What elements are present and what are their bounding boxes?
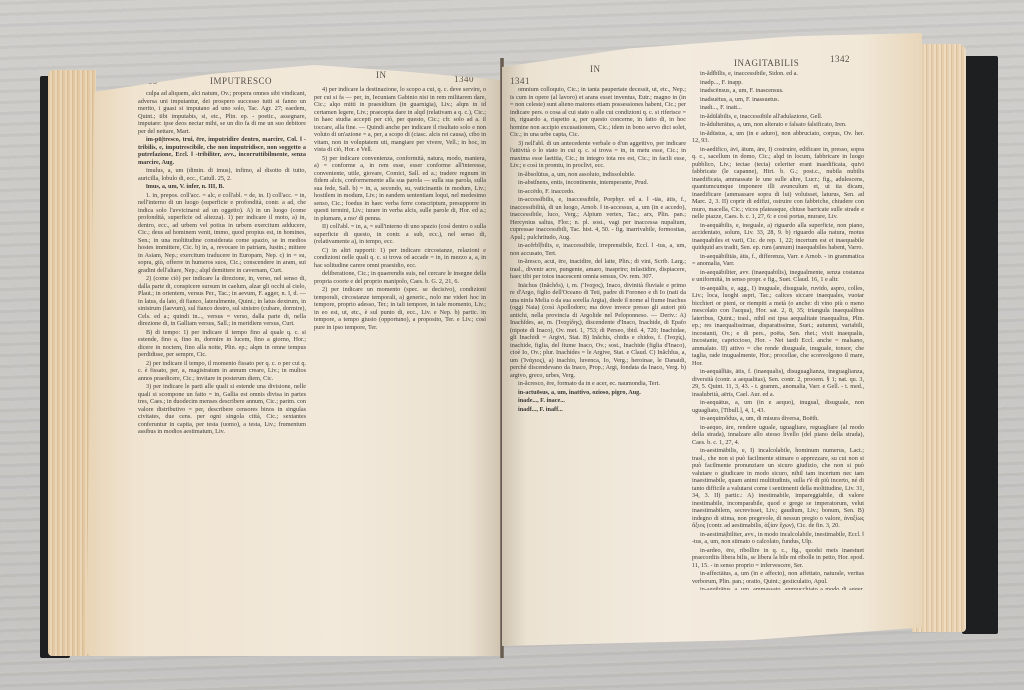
entry: in-aggĕrātus, a, um, ammassato, ammucchi… <box>692 586 864 590</box>
entry: 5) per indicare convenienza, conformità,… <box>314 155 486 223</box>
entry: 2) per indicare il tempo, il momento fis… <box>138 360 306 383</box>
entry: 3) nell'abl. di un antecedente verbale o… <box>510 140 686 170</box>
left-page-column-2: 4) per indicare la destinazione, lo scop… <box>314 86 486 606</box>
entry: in-accessĭbilis, e, inaccessibile, Porph… <box>510 196 686 241</box>
entry: 2) per indicare un momento (spec. se dec… <box>314 286 486 331</box>
headword-in-right: IN <box>590 64 601 74</box>
entry: 4) per indicare la destinazione, lo scop… <box>314 86 486 154</box>
entry: Ināchus (Inăchŏs), i, m. (Ἴναχος), Inaco… <box>510 282 686 380</box>
right-page-column-2: in-ădĭbĭlis, e, inaccessibile, Sidon. ed… <box>692 70 864 590</box>
page-number-1342: 1342 <box>830 54 850 64</box>
entry: II) coll'abl. = in, a, = sull'interno di… <box>314 223 486 246</box>
headword-imputresco: IMPUTRESCO <box>210 76 272 86</box>
entry: B) di tempo: 1) per indicare il tempo fi… <box>138 329 306 359</box>
headword-in-left: IN <box>376 70 387 80</box>
book-cover-right <box>962 56 998 634</box>
entry: inadsuētus, a, um, F. inassuetus. <box>692 96 864 104</box>
headword-inagitabilis: INAGITABILIS <box>734 58 799 68</box>
entry: in-ădūlābilis, e, inaccessibile all'adul… <box>692 113 864 121</box>
entry: 2) (come ciò) per indicare la direzione,… <box>138 275 306 328</box>
entry: deliberatione, Cic.; in quaerendis suis,… <box>314 270 486 285</box>
entry: in-ardeo, ēre, ribollire in q. c., fig.,… <box>692 547 864 570</box>
entry: in-ădĭbĭlis, e, inaccessibile, Sidon. ed… <box>692 70 864 78</box>
entry: in-aequālĭtās, ātis, f. (inaequalis), di… <box>692 368 864 398</box>
entry: inadp..., F. inapp. <box>692 79 864 87</box>
entry: in-aedifico, āvi, ātum, āre, I) costruir… <box>692 146 864 221</box>
left-page-column-1: culpa ad aliquem, alci natum, Ov.; prope… <box>138 90 306 610</box>
right-page-column-1: omnium colloquio, Cic.; in tanta paupert… <box>510 86 686 596</box>
entry: in-acĕrbĭ|bilis, e, inaccessibile, irrep… <box>510 242 686 257</box>
entry: in-aequālis, e, agg., I) inuguale, disug… <box>692 285 864 368</box>
entry: C) in altri rapporti: 1) per indicare ci… <box>314 247 486 270</box>
entry: in-aequābilis, e, ineguale, a) riguardo … <box>692 222 864 252</box>
entry: īmulus, a, um (dimin. di imus), infimo, … <box>138 167 306 182</box>
entry: in-aequātus, a, um (in e aequo), inugual… <box>692 399 864 414</box>
entry: culpa ad aliquem, alci natum, Ov.; prope… <box>138 90 306 135</box>
entry: 3) per indicare le parti alle quali si e… <box>138 383 306 436</box>
entry: inade..., F. inace... <box>510 397 686 405</box>
entry: in-ăcresco, ēre, formato da in e acer, e… <box>510 380 686 388</box>
entry: in-affectātus, a, um (in e affecto), non… <box>692 570 864 585</box>
entry: in-ădulterātus, a, um, non alterato e fa… <box>692 121 864 129</box>
entry: in-ădūstus, a, um (in e aduro), non abbr… <box>692 130 864 145</box>
entry: īmus, a, um, V. infer, n. III, B. <box>138 183 306 191</box>
entry: in-accēdo, F. inaccedo. <box>510 188 686 196</box>
page-number-1341: 1341 <box>510 76 530 86</box>
entry: in-aequābiliter, avv. (inaequabilis), in… <box>692 269 864 284</box>
entry: im-pū|tresco, trui, ēre, imputridire den… <box>138 136 306 166</box>
entry: inadscēnsus, a, um, F. inascensus. <box>692 87 864 95</box>
entry: in-aestimābilis, e, I) incalcolabile, ho… <box>692 447 864 530</box>
entry: in-actuōsus, a, um, inattivo, ozioso, pi… <box>510 389 686 397</box>
entry: 1. in, prepos. coll'acc. = alc, e coll'a… <box>138 192 306 275</box>
entry: inadt..., F. inatt... <box>692 104 864 112</box>
entry: in-ăresco, acui, ēre, inacidire, del lat… <box>510 258 686 281</box>
entry: in-aequo, āre, rendere uguale, uguagliar… <box>692 424 864 447</box>
entry: inadf..., F. inaff... <box>510 406 686 414</box>
entry: omnium colloquio, Cic.; in tanta paupert… <box>510 86 686 139</box>
entry: in-abstĭnens, entis, incontinente, intem… <box>510 179 686 187</box>
right-page: 1341 IN INAGITABILIS 1342 omnium colloqu… <box>502 30 922 646</box>
entry: in-aestimā|biliter, avv., in modo incalc… <box>692 531 864 546</box>
entry: in-ăbsolūtus, a, um, non assoluto, indis… <box>510 171 686 179</box>
entry: in-aequimŏdus, a, um, di misura diversa,… <box>692 415 864 423</box>
entry: in-aequābilitās, ātis, f., differenza, V… <box>692 253 864 268</box>
left-page: 1339 IMPUTRESCO IN 1340 culpa ad aliquem… <box>86 56 502 656</box>
